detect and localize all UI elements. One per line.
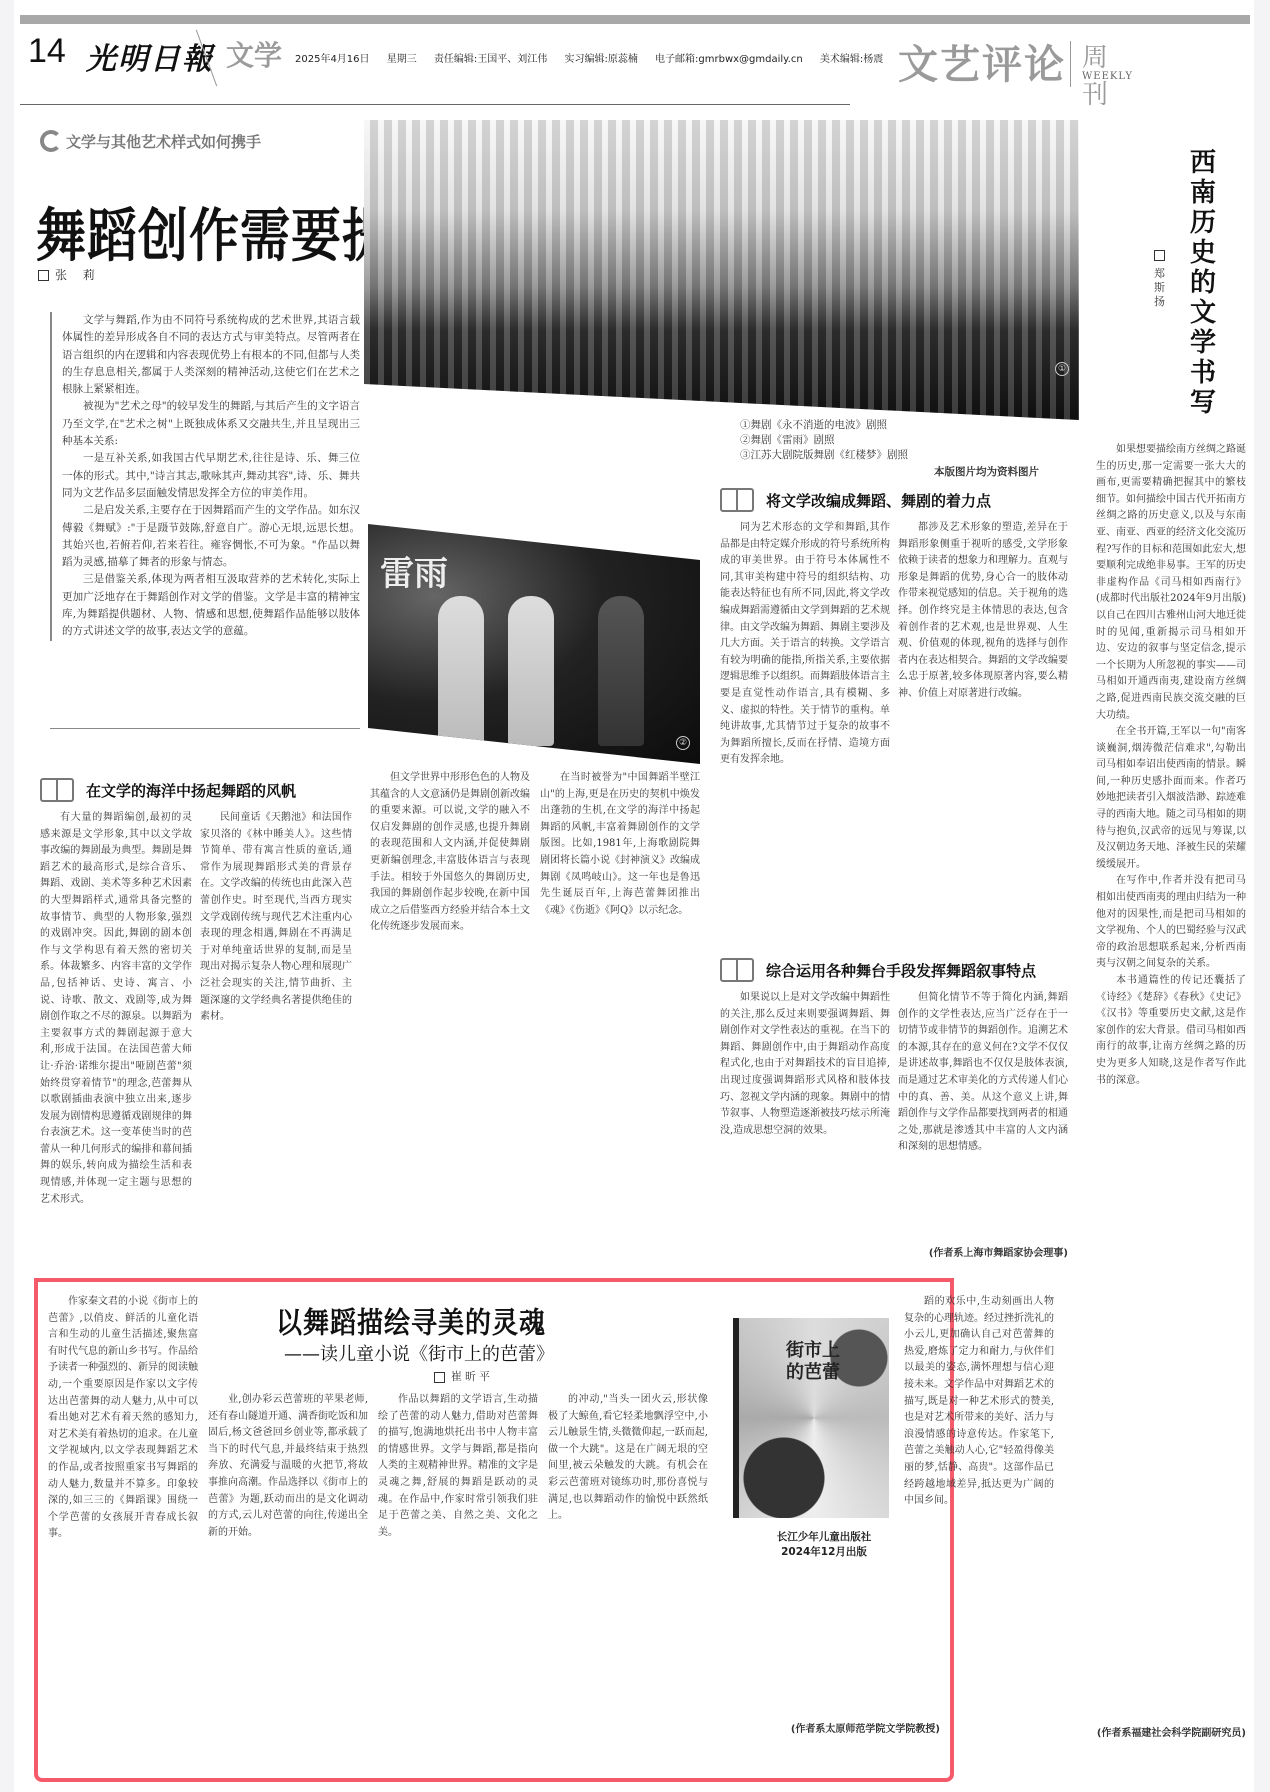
photo-number: ① [1055, 362, 1069, 376]
article-column: 有大量的舞蹈编创,最初的灵感来源是文学形象,其中以文学故事改编的舞剧最为典型。舞… [40, 810, 192, 1268]
lead-paragraph: 文学与舞蹈,作为由不同符号系统构成的艺术世界,其语言载体属性的差异形成各自不同的… [62, 312, 360, 398]
paragraph: 业,创办彩云芭蕾班的苹果老师,还有春山隧道开通、满香街吃饭和加固后,杨文爸爸回乡… [208, 1392, 368, 1541]
paragraph: 本书通篇性的传记还囊括了《诗经》《楚辞》《春秋》《史记》《汉书》等重要历史文献,… [1096, 973, 1246, 1089]
review-column: 作品以舞蹈的文学语言,生动描绘了芭蕾的动人魅力,借助对芭蕾舞的描写,饱满地烘托出… [378, 1392, 538, 1764]
paragraph: 民间童话《天鹅池》和法国作家贝洛的《林中睡美人》。这些情节简单、带有寓言性质的童… [200, 810, 352, 1026]
author-signature: (作者系太原师范学院文学院教授) [770, 1722, 940, 1756]
review-column: 的冲动,"当头一团火云,形状像极了大鲸鱼,看它轻柔地飘浮空中,小云儿触景生情,头… [548, 1392, 708, 1764]
intern-editor: 实习编辑:原蕊楠 [564, 54, 637, 65]
dancer-figure [508, 596, 554, 746]
issue-weekday: 星期三 [387, 54, 417, 65]
author-signature: (作者系福建社会科学院副研究员) [1096, 1726, 1246, 1760]
paragraph: 但文学世界中形形色色的人物及其蕴含的人文意涵仍是舞剧创新改编的重要来源。可以说,… [370, 770, 530, 936]
caption: ③江苏大剧院版舞剧《红楼梦》剧照 [740, 448, 908, 463]
side-article-title: 西南历史的文学书写 [1190, 148, 1226, 418]
top-rule-bar [20, 15, 1250, 24]
section-heading: 在文学的海洋中扬起舞蹈的风帆 [40, 778, 296, 802]
masthead: 14 光明日報 文学 2025年4月16日 星期三 责任编辑:王国平、刘江伟 实… [20, 28, 1250, 78]
review-title: 以舞蹈描绘寻美的灵魂 [276, 1300, 546, 1341]
article-column: 但简化情节不等于简化内涵,舞蹈创作的文学性表达,应当广泛存在于一切情节或非情节的… [898, 990, 1068, 1240]
side-article-body: 如果想要描绘南方丝绸之路诞生的历史,那一定需要一张大大的画布,更需要精确把握其中… [1096, 442, 1246, 1718]
page-number: 14 [28, 32, 66, 71]
author-name: 崔昕平 [451, 1370, 493, 1383]
issue-meta: 2025年4月16日 星期三 责任编辑:王国平、刘江伟 实习编辑:原蕊楠 电子邮… [295, 50, 897, 65]
open-book-icon [720, 958, 754, 982]
review-column: 作家秦文君的小说《街市上的芭蕾》,以俏皮、鲜活的儿童化语言和生动的儿童生活描述,… [48, 1294, 198, 1764]
byline-box-icon [1154, 250, 1165, 261]
lead-paragraph: 一是互补关系,如我国古代早期艺术,往往是诗、乐、舞三位一体的形式。其中,"诗言其… [62, 450, 360, 502]
photo-title-overlay: 雷雨 [380, 546, 448, 595]
photo-number: ② [676, 736, 690, 750]
publisher-name: 长江少年儿童出版社 [749, 1530, 899, 1545]
article-column: 都涉及艺术形象的塑造,差异在于舞蹈形象侧重于视听的感受,文学形象依赖于读者的想象… [898, 520, 1068, 950]
paragraph: 如果想要描绘南方丝绸之路诞生的历史,那一定需要一张大大的画布,更需要精确把握其中… [1096, 442, 1246, 724]
paragraph: 的冲动,"当头一团火云,形状像极了大鲸鱼,看它轻柔地飘浮空中,小云儿触景生情,头… [548, 1392, 708, 1525]
author-name: 张 莉 [55, 268, 101, 282]
caption: ①舞剧《永不消逝的电波》剧照 [740, 418, 908, 433]
lead-paragraph: 二是启发关系,主要存在于因舞蹈而产生的文学作品。如东汉傅毅《舞赋》:"于是蹑节鼓… [62, 502, 360, 571]
dancer-figure [598, 596, 644, 746]
publisher-info: 长江少年儿童出版社 2024年12月出版 [749, 1530, 899, 1560]
review-byline: 崔昕平 [434, 1368, 493, 1384]
paragraph: 有大量的舞蹈编创,最初的灵感来源是文学形象,其中以文学故事改编的舞剧最为典型。舞… [40, 810, 192, 1208]
main-byline: 张 莉 [38, 266, 101, 283]
open-book-icon [720, 488, 754, 512]
dancer-figure [438, 596, 484, 746]
photo-ballet-stage: ① [364, 120, 1079, 420]
g-logo-icon [40, 130, 62, 152]
paragraph: 如果说以上是对文学改编中舞蹈性的关注,那么反过来则要强调舞蹈、舞剧创作对文学性表… [720, 990, 890, 1139]
divider [1070, 41, 1071, 87]
side-byline: 郑斯扬 [1154, 250, 1168, 309]
article-column: 民间童话《天鹅池》和法国作家贝洛的《林中睡美人》。这些情节简单、带有寓言性质的童… [200, 810, 352, 1268]
article-column: 如果说以上是对文学改编中舞蹈性的关注,那么反过来则要强调舞蹈、舞剧创作对文学性表… [720, 990, 890, 1260]
weekly-en-label: WEEKLY [1082, 71, 1133, 82]
section-heading-text: 将文学改编成舞蹈、舞剧的着力点 [766, 490, 991, 511]
photo-leiyu: 雷雨 ② [368, 524, 700, 764]
email-link[interactable]: 电子邮箱:gmrbwx@gmdaily.cn [655, 54, 803, 65]
paragraph: 但简化情节不等于简化内涵,舞蹈创作的文学性表达,应当广泛存在于一切情节或非情节的… [898, 990, 1068, 1156]
paragraph: 作品以舞蹈的文学语言,生动描绘了芭蕾的动人魅力,借助对芭蕾舞的描写,饱满地烘托出… [378, 1392, 538, 1541]
weekly-brand: 文艺评论 周刊 WEEKLY [898, 33, 1066, 90]
paragraph: 在全书开篇,王军以一句"南客谈巍洞,烟涛微茫信难求",勾勒出司马相如奉诏出使西南… [1096, 724, 1246, 873]
paragraph: 作家秦文君的小说《街市上的芭蕾》,以俏皮、鲜活的儿童化语言和生动的儿童生活描述,… [48, 1294, 198, 1543]
photo-captions: ①舞剧《永不消逝的电波》剧照 ②舞剧《雷雨》剧照 ③江苏大剧院版舞剧《红楼梦》剧… [740, 418, 908, 463]
byline-box-icon [434, 1372, 445, 1383]
newspaper-logo: 光明日報 [86, 34, 214, 78]
section-heading-text: 综合运用各种舞台手段发挥舞蹈叙事特点 [766, 960, 1036, 981]
newspaper-page: 14 光明日報 文学 2025年4月16日 星期三 责任编辑:王国平、刘江伟 实… [14, 0, 1254, 1792]
author-name: 郑斯扬 [1154, 267, 1168, 309]
author-signature: (作者系上海市舞蹈家协会理事) [898, 1246, 1068, 1264]
paragraph: 都涉及艺术形象的塑造,差异在于舞蹈形象侧重于视听的感受,文学形象依赖于读者的想象… [898, 520, 1068, 703]
article-column: 但文学世界中形形色色的人物及其蕴含的人文意涵仍是舞剧创新改编的重要来源。可以说,… [370, 770, 530, 1268]
section-heading-text: 在文学的海洋中扬起舞蹈的风帆 [86, 780, 296, 801]
section-heading: 综合运用各种舞台手段发挥舞蹈叙事特点 [720, 958, 1036, 982]
paragraph: 蹈的欢乐中,生动刻画出人物复杂的心理轨迹。经过挫折洗礼的小云儿,更加确认自己对芭… [904, 1294, 1054, 1510]
lead-text: 文学与舞蹈,作为由不同符号系统构成的艺术世界,其语言载体属性的差异形成各自不同的… [50, 312, 360, 641]
art-editor: 美术编辑:杨震 [820, 54, 883, 65]
paragraph: 在写作中,作者并没有把司马相如出使西南夷的理由归结为一种他对的因果性,而是把司马… [1096, 873, 1246, 973]
section-heading: 将文学改编成舞蹈、舞剧的着力点 [720, 488, 991, 512]
article-kicker: 文学与其他艺术样式如何携手 [40, 130, 261, 152]
paragraph: 在当时被誉为"中国舞蹈半壁江山"的上海,更是在历史的契机中焕发出蓬勃的生机,在文… [540, 770, 700, 919]
issue-date: 2025年4月16日 [295, 54, 370, 65]
weekly-title: 文艺评论 [898, 33, 1066, 90]
review-subtitle: ——读儿童小说《街市上的芭蕾》 [284, 1340, 554, 1366]
editors: 责任编辑:王国平、刘江伟 [434, 54, 547, 65]
lead-paragraph: 被视为"艺术之母"的较早发生的舞蹈,与其后产生的文字语言乃至文学,在"艺术之树"… [62, 398, 360, 450]
review-column: 蹈的欢乐中,生动刻画出人物复杂的心理轨迹。经过挫折洗礼的小云儿,更加确认自己对芭… [904, 1294, 1054, 1714]
section-name: 文学 [226, 34, 282, 74]
byline-box-icon [38, 270, 49, 281]
publish-date: 2024年12月出版 [749, 1545, 899, 1560]
lead-paragraph: 三是借鉴关系,体现为两者相互汲取营养的艺术转化,实际上更加广泛地存在于舞蹈创作对… [62, 571, 360, 640]
article-column: 在当时被誉为"中国舞蹈半壁江山"的上海,更是在历史的契机中焕发出蓬勃的生机,在文… [540, 770, 700, 1268]
lead-rule [50, 728, 360, 729]
review-column: 业,创办彩云芭蕾班的苹果老师,还有春山隧道开通、满香街吃饭和加固后,杨文爸爸回乡… [208, 1392, 368, 1764]
caption: ②舞剧《雷雨》剧照 [740, 433, 908, 448]
curtain-texture [364, 120, 1079, 420]
masthead-rule [20, 104, 850, 105]
paragraph: 同为艺术形态的文学和舞蹈,其作品都是由特定媒介形成的符号系统所构成的审美世界。由… [720, 520, 890, 769]
kicker-text: 文学与其他艺术样式如何携手 [66, 131, 261, 152]
article-column: 同为艺术形态的文学和舞蹈,其作品都是由特定媒介形成的符号系统所构成的审美世界。由… [720, 520, 890, 950]
open-book-icon [40, 778, 74, 802]
photo-credit: 本版图片均为资料图片 [934, 464, 1039, 479]
book-cover-title: 街市上的芭蕾 [786, 1340, 846, 1384]
